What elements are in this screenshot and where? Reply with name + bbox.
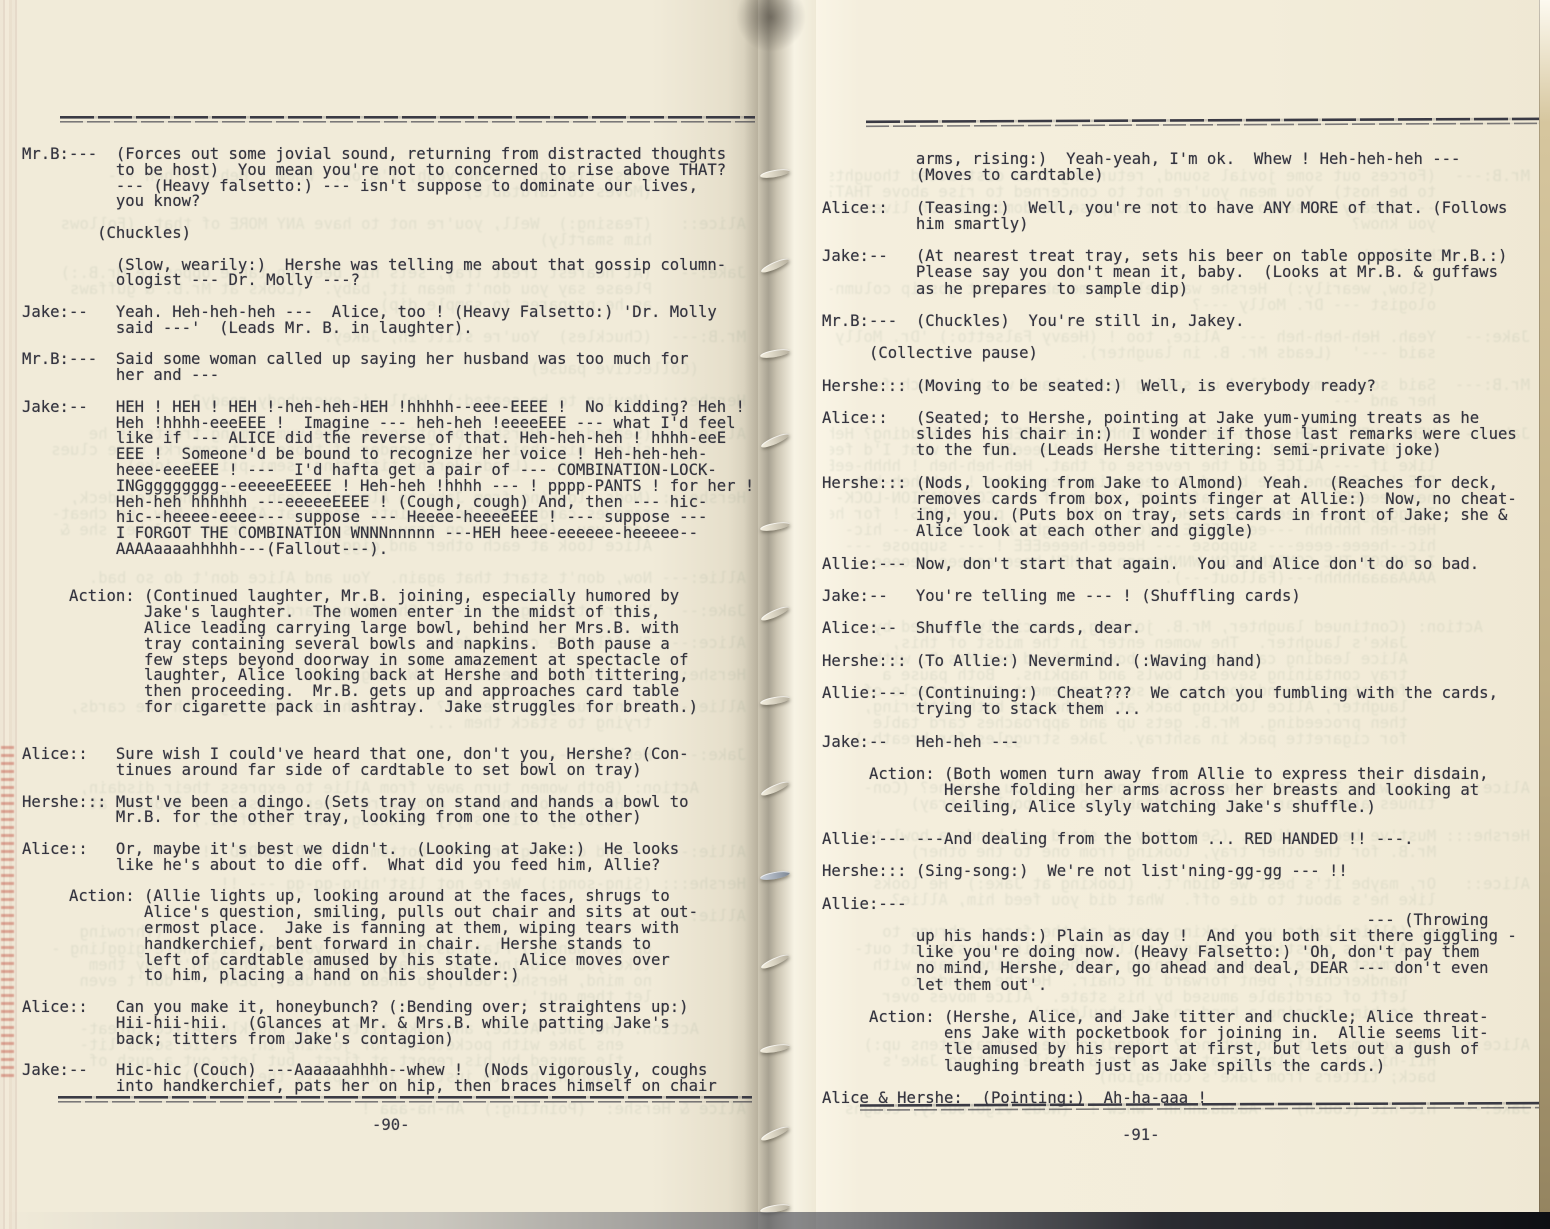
script-line	[822, 394, 1517, 410]
book-spread: arms, rising:) Yeah-yeah, I'm ok. Whew !…	[0, 0, 1550, 1229]
script-line: no mind, Hershe, dear, go ahead and deal…	[822, 960, 1517, 976]
script-line: Alice & Hershe: (Pointing:) Ah-ha-aaa !	[822, 1090, 1517, 1106]
script-line	[22, 558, 754, 574]
script-line: Hershe::: (Nods, looking from Jake to Al…	[822, 475, 1517, 491]
script-line: into handkerchief, pats her on hip, then…	[22, 1079, 754, 1095]
script-line: Please say you don't mean it, baby. (Loo…	[822, 264, 1517, 280]
script-line: like you're doing now. (Heavy Falsetto:)…	[822, 944, 1517, 960]
script-line: tle amused by his report at first, but l…	[822, 1041, 1517, 1057]
bottom-page-edges	[0, 1212, 1550, 1229]
script-line	[822, 637, 1517, 653]
script-line	[822, 572, 1517, 588]
script-line	[822, 361, 1517, 377]
script-line: Hershe folding her arms across her breas…	[822, 782, 1517, 798]
script-line	[822, 297, 1517, 313]
script-line: Allie:--- (Continuing:) Cheat??? We catc…	[822, 685, 1517, 701]
script-line: arms, rising:) Yeah-yeah, I'm ok. Whew !…	[822, 151, 1517, 167]
script-line	[822, 718, 1517, 734]
script-line: let them out'.	[822, 977, 1517, 993]
script-line: (Moves to cardtable)	[822, 167, 1517, 183]
script-line: AAAAaaaahhhhh---(Fallout---).	[22, 542, 754, 558]
script-line	[822, 232, 1517, 248]
script-line: --- (Throwing	[822, 912, 1517, 928]
script-line: Allie:--- ---And dealing from the bottom…	[822, 831, 1517, 847]
script-line: Hershe::: (To Allie:) Nevermind. (:Wavin…	[822, 653, 1517, 669]
script-line: Mr.B. for the other tray, looking from o…	[22, 810, 754, 826]
script-line	[822, 815, 1517, 831]
script-line: up his hands:) Plain as day ! And you bo…	[822, 928, 1517, 944]
script-line	[822, 459, 1517, 475]
script-line: tinues around far side of cardtable to s…	[22, 763, 754, 779]
script-line: Jake:-- (At nearest treat tray, sets his…	[822, 248, 1517, 264]
script-line: Alice:-- Shuffle the cards, dear.	[822, 620, 1517, 636]
script-line: removes cards from box, points finger at…	[822, 491, 1517, 507]
left-page-text: Mr.B:--- (Forces out some jovial sound, …	[22, 147, 754, 1095]
script-line: for cigarette pack in ashtray. Jake stru…	[22, 700, 754, 716]
script-line	[822, 750, 1517, 766]
script-line: like he's about to die off. What did you…	[22, 858, 754, 874]
script-line	[822, 604, 1517, 620]
script-line: to him, placing a hand on his shoulder:)	[22, 968, 754, 984]
script-line: Action: (Both women turn away from Allie…	[822, 766, 1517, 782]
script-line: back; titters from Jake's contagion)	[22, 1032, 754, 1048]
right-page-text: arms, rising:) Yeah-yeah, I'm ok. Whew !…	[822, 151, 1517, 1106]
script-line	[822, 669, 1517, 685]
gutter-shadow	[736, 0, 806, 52]
right-page-edges	[1539, 0, 1550, 1229]
script-line: Jake:-- Heh-heh ---	[822, 734, 1517, 750]
script-line	[822, 847, 1517, 863]
script-line	[822, 879, 1517, 895]
script-line: as he prepares to sample dip)	[822, 281, 1517, 297]
script-line: (Collective pause)	[822, 345, 1517, 361]
script-line: to the fun. (Leads Hershe tittering: sem…	[822, 442, 1517, 458]
script-line: Mr.B:--- (Chuckles) You're still in, Jak…	[822, 313, 1517, 329]
script-line: (Chuckles)	[22, 226, 754, 242]
script-line: ologist --- Dr. Molly ---?	[22, 273, 754, 289]
script-line: laughing breath just as Jake spills the …	[822, 1058, 1517, 1074]
script-line: Alice:: (Seated; to Hershe, pointing at …	[822, 410, 1517, 426]
script-line: you know?	[22, 194, 754, 210]
script-line: Alice:: (Teasing:) Well, you're not to h…	[822, 200, 1517, 216]
script-line	[822, 329, 1517, 345]
script-line: Action: (Hershe, Alice, and Jake titter …	[822, 1009, 1517, 1025]
script-line: ens Jake with pocketbook for joining in.…	[822, 1025, 1517, 1041]
script-line	[22, 716, 754, 732]
left-header-rule	[60, 116, 755, 123]
script-line	[822, 993, 1517, 1009]
script-line: said ---' (Leads Mr. B. in laughter).	[22, 321, 754, 337]
script-line: Jake:-- You're telling me --- ! (Shuffli…	[822, 588, 1517, 604]
edge-stamp-red-text	[1, 742, 14, 1077]
left-page-number: -90-	[372, 1116, 410, 1134]
script-line: trying to stack them ...	[822, 701, 1517, 717]
script-line: ing, you. (Puts box on tray, sets cards …	[822, 507, 1517, 523]
script-line: Allie:---	[822, 896, 1517, 912]
script-line: ceiling, Alice slyly watching Jake's shu…	[822, 799, 1517, 815]
script-line: Allie:--- Now, don't start that again. Y…	[822, 556, 1517, 572]
script-line	[822, 183, 1517, 199]
left-footer-rule	[58, 1096, 752, 1103]
script-line: Alice look at each other and giggle)	[822, 523, 1517, 539]
script-line: him smartly)	[822, 216, 1517, 232]
right-page-number: -91-	[1122, 1126, 1160, 1144]
script-line	[822, 540, 1517, 556]
script-line: her and ---	[22, 368, 754, 384]
script-line: Hershe::: (Moving to be seated:) Well, i…	[822, 378, 1517, 394]
script-line: Hershe::: (Sing-song:) We're not list'ni…	[822, 863, 1517, 879]
script-line	[822, 1074, 1517, 1090]
script-line: slides his chair in:) I wonder if those …	[822, 426, 1517, 442]
